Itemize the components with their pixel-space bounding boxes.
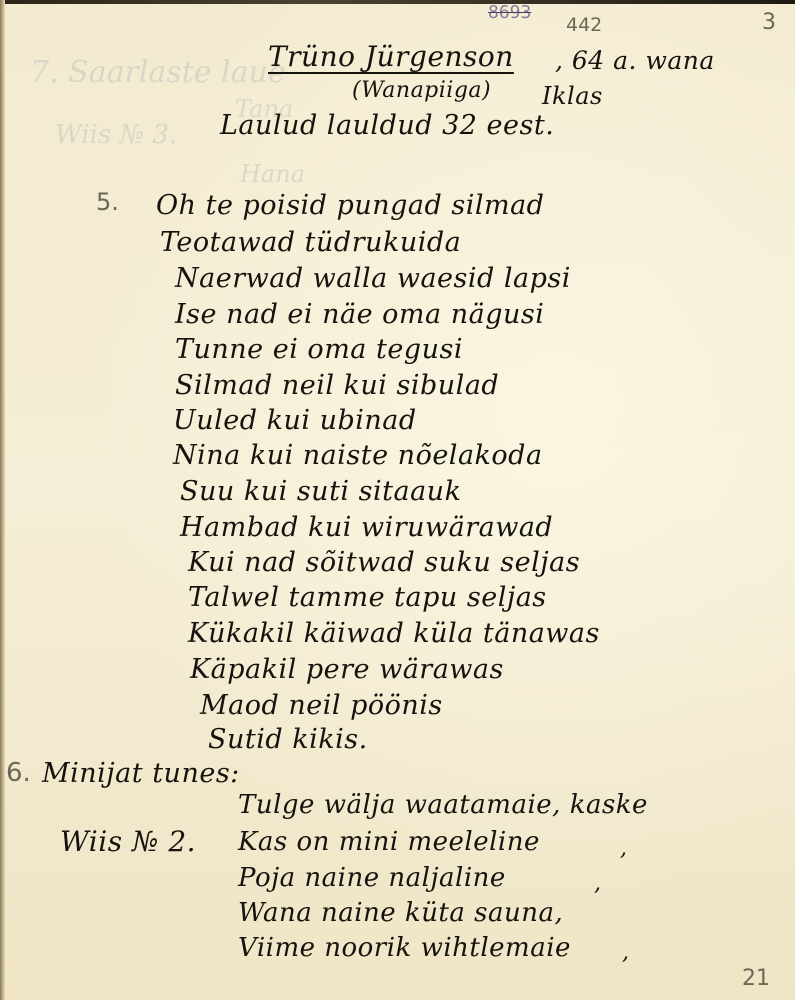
verse-line: Nina kui naiste nõelakoda bbox=[173, 440, 543, 471]
verse-line: Naerwad walla waesid lapsi bbox=[175, 263, 571, 294]
verse-line: Tunne ei oma tegusi bbox=[175, 334, 463, 365]
singer-name: Trüno Jürgenson bbox=[268, 40, 514, 73]
verse-line: Teotawad tüdrukuida bbox=[160, 227, 461, 258]
verse-line: Silmad neil kui sibulad bbox=[175, 370, 499, 401]
archive-pencil-number: 442 bbox=[566, 14, 602, 36]
verse-line: Sutid kikis. bbox=[208, 724, 368, 755]
songs-count-note: Laulud lauldud 32 eest. bbox=[220, 110, 554, 141]
archive-stamp-number: 8693 bbox=[488, 2, 531, 23]
verse-line: Kas on mini meeleline bbox=[238, 827, 540, 857]
verse-line: Ise nad ei näe oma nägusi bbox=[175, 299, 544, 330]
verse-line: Kükakil käiwad küla tänawas bbox=[188, 618, 600, 649]
verse-line: Suu kui suti sitaauk bbox=[180, 476, 461, 507]
verse-line: Hambad kui wiruwärawad bbox=[180, 512, 553, 543]
singer-nickname: (Wanapiiga) bbox=[352, 78, 491, 103]
page-number-top: 3 bbox=[762, 10, 776, 35]
verse-line: Tulge wälja waatamaie, kaske bbox=[238, 790, 648, 820]
verse-line: Talwel tamme tapu seljas bbox=[188, 582, 547, 613]
ditto-mark: , bbox=[622, 940, 630, 965]
singer-place: Iklas bbox=[542, 82, 603, 110]
verse-line: Poja naine naljaline bbox=[238, 863, 506, 893]
verse-line: Maod neil pöönis bbox=[200, 690, 443, 721]
verse-line: Uuled kui ubinad bbox=[173, 405, 417, 436]
verse-line: Oh te poisid pungad silmad bbox=[156, 190, 544, 221]
page-number-bottom: 21 bbox=[742, 966, 770, 991]
verse-line: Kui nad sõitwad suku seljas bbox=[188, 547, 580, 578]
tune-label: Wiis № 2. bbox=[60, 825, 196, 858]
verse-line: Käpakil pere wärawas bbox=[190, 654, 504, 685]
page-binding-edge bbox=[0, 0, 5, 1000]
song-title: Minijat tunes: bbox=[42, 758, 240, 789]
show-through-text: Wiis № 3. bbox=[55, 120, 177, 150]
show-through-text: Hana bbox=[240, 160, 305, 188]
song-number: 5. bbox=[96, 188, 119, 216]
ditto-mark: , bbox=[620, 836, 628, 861]
singer-age: , 64 a. wana bbox=[555, 46, 715, 75]
manuscript-page: 7. Saarlaste laue Wiis № 3. Tana Hana 86… bbox=[0, 0, 795, 1000]
verse-line: Viime noorik wihtlemaie bbox=[238, 933, 571, 963]
verse-line: Wana naine küta sauna, bbox=[238, 898, 563, 928]
song-number: 6. bbox=[6, 758, 31, 788]
ditto-mark: , bbox=[594, 871, 602, 896]
show-through-text: 7. Saarlaste laue bbox=[30, 55, 286, 90]
page-top-edge bbox=[0, 0, 795, 4]
